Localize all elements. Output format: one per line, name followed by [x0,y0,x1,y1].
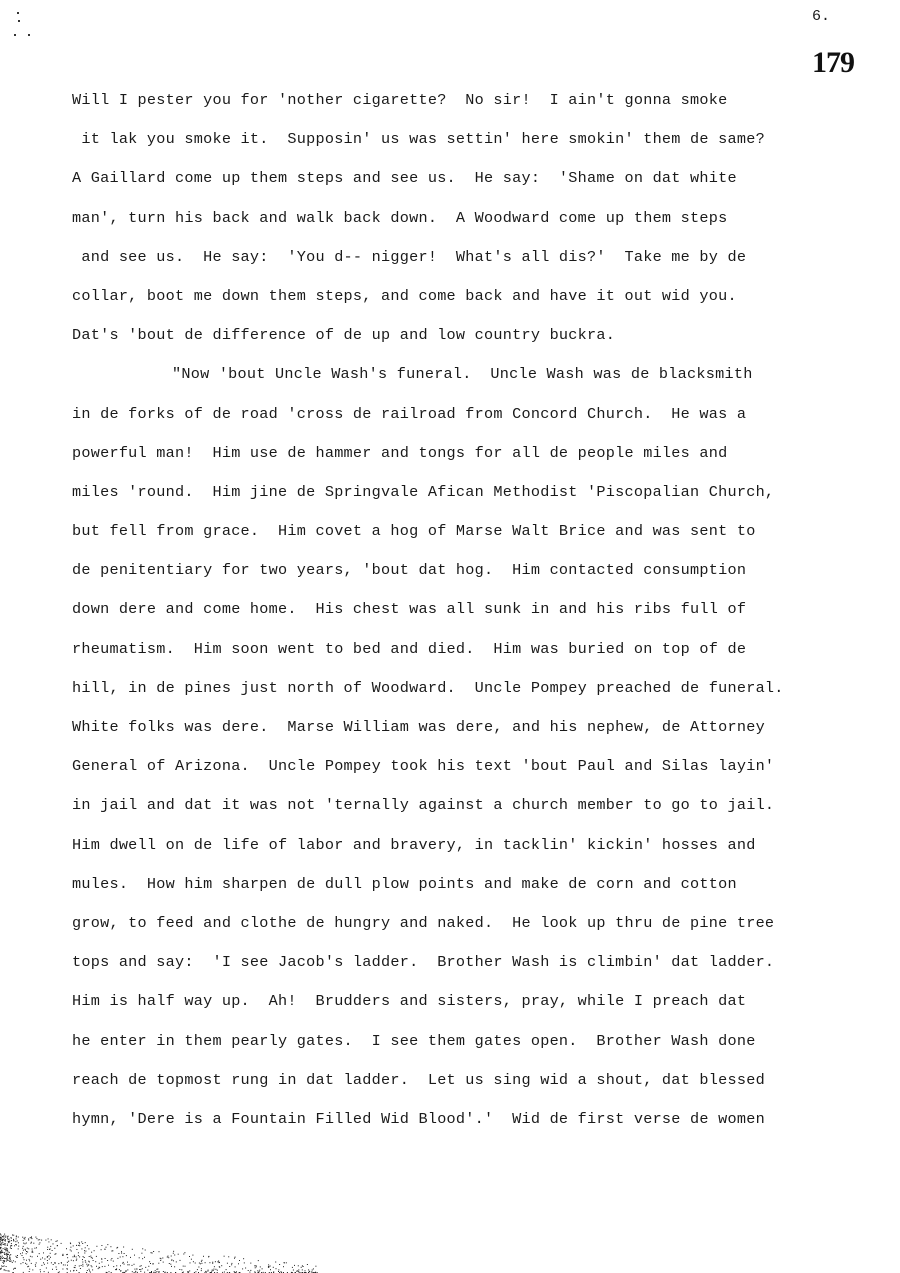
text-line: Him dwell on de life of labor and braver… [72,832,832,871]
page-number: 6. [812,8,830,25]
text-line: reach de topmost rung in dat ladder. Let… [72,1067,832,1106]
text-line: rheumatism. Him soon went to bed and die… [72,636,832,675]
text-line: grow, to feed and clothe de hungry and n… [72,910,832,949]
text-line: Will I pester you for 'nother cigarette?… [72,87,832,126]
stamp-number: 179 [812,46,854,80]
text-line: de penitentiary for two years, 'bout dat… [72,557,832,596]
text-line: miles 'round. Him jine de Springvale Afi… [72,479,832,518]
text-line: White folks was dere. Marse William was … [72,714,832,753]
text-line: man', turn his back and walk back down. … [72,205,832,244]
text-line: Dat's 'bout de difference of de up and l… [72,322,832,361]
typed-body-text: Will I pester you for 'nother cigarette?… [72,87,832,1145]
document-page: 6. 179 Will I pester you for 'nother cig… [0,0,900,1273]
text-line: Him is half way up. Ah! Brudders and sis… [72,988,832,1027]
text-line: hill, in de pines just north of Woodward… [72,675,832,714]
text-line: "Now 'bout Uncle Wash's funeral. Uncle W… [72,361,832,400]
text-line: it lak you smoke it. Supposin' us was se… [72,126,832,165]
scan-noise [0,1233,320,1273]
text-line: down dere and come home. His chest was a… [72,596,832,635]
text-line: mules. How him sharpen de dull plow poin… [72,871,832,910]
text-line: and see us. He say: 'You d-- nigger! Wha… [72,244,832,283]
text-line: hymn, 'Dere is a Fountain Filled Wid Blo… [72,1106,832,1145]
text-line: in de forks of de road 'cross de railroa… [72,401,832,440]
text-line: in jail and dat it was not 'ternally aga… [72,792,832,831]
text-line: tops and say: 'I see Jacob's ladder. Bro… [72,949,832,988]
margin-marks [14,10,34,40]
text-line: he enter in them pearly gates. I see the… [72,1028,832,1067]
text-line: collar, boot me down them steps, and com… [72,283,832,322]
text-line: General of Arizona. Uncle Pompey took hi… [72,753,832,792]
text-line: A Gaillard come up them steps and see us… [72,165,832,204]
text-line: powerful man! Him use de hammer and tong… [72,440,832,479]
text-line: but fell from grace. Him covet a hog of … [72,518,832,557]
